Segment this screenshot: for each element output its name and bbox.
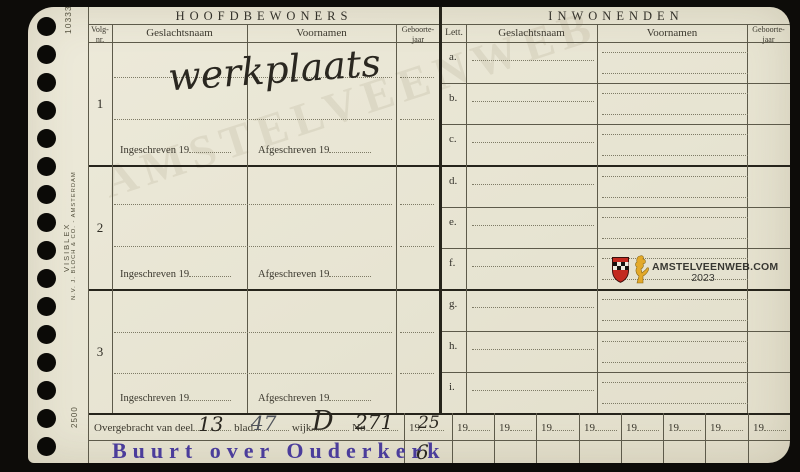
blad-value: 47 [251,411,276,435]
year-cell: 19 [705,413,748,440]
lett-value: i. [449,381,455,393]
dotted-leader [189,389,231,401]
year-cell: 19 [663,413,705,440]
writing-line [602,93,748,94]
hoofdbewoner-row-3: 3 Ingeschreven 19 Afgeschreven 19 [88,291,440,413]
year-cell: 19 [748,413,790,440]
punch-hole [37,45,56,64]
writing-line [602,134,748,135]
dotted-leader [637,419,659,431]
right-section-title: INWONENDEN [442,9,790,24]
writing-line [400,119,434,120]
col-header-voornamen-left: Voornamen [247,27,396,39]
punch-hole [37,409,56,428]
punch-hole [37,185,56,204]
col-header-lett: Lett. [442,28,466,38]
afgeschreven-text: Afgeschreven 19 [258,269,329,280]
year-prefix: 19 [668,422,679,434]
writing-line [602,362,748,363]
inwonende-row-e: e. [442,207,790,248]
year-cell: 19 [494,413,536,440]
writing-line [114,204,392,205]
ingeschreven-text: Ingeschreven 19 [120,269,189,280]
year-prefix: 19 [584,422,595,434]
inwonende-row-a: a. [442,42,790,83]
ingeschreven-label: Ingeschreven 19 [120,389,231,404]
watermark-year-text: 2023 [652,272,754,284]
overgebracht-row: Overgebracht van deel blad wijk No. [94,419,398,434]
punch-hole [37,129,56,148]
inwonende-row-c: c. [442,124,790,165]
dotted-leader [329,265,371,277]
writing-line [602,155,748,156]
dotted-leader [721,419,743,431]
year-prefix: 19 [753,422,764,434]
ingeschreven-label: Ingeschreven 19 [120,265,231,280]
afgeschreven-label: Afgeschreven 19 [258,141,371,156]
dotted-leader [510,419,532,431]
year-cell: 19 [579,413,621,440]
writing-line [602,73,748,74]
writing-line [472,225,594,226]
hoofdbewoner-row-2: 2 Ingeschreven 19 Afgeschreven 19 [88,167,440,289]
lett-value: a. [449,51,457,63]
print-code-vertical: 2500 [70,406,79,428]
year-cell: 19 [452,413,494,440]
volgnr-value: 3 [88,344,112,360]
punch-hole [37,101,56,120]
dotted-leader [764,419,786,431]
writing-line [602,341,748,342]
dotted-leader [329,141,371,153]
afgeschreven-label: Afgeschreven 19 [258,389,371,404]
afgeschreven-text: Afgeschreven 19 [258,145,329,156]
scanned-register-card: AMSTELVEENWEB HOOFDBEWONERS INWONENDEN V… [0,0,800,472]
maker-name-vertical: VISIBLEX [62,223,71,272]
deel-value: 13 [198,412,223,436]
dotted-leader [552,419,574,431]
writing-line [602,320,748,321]
punch-hole [37,73,56,92]
no-value: 271 [355,410,393,434]
inwonende-row-i: i. [442,372,790,413]
year-prefix: 19 [499,422,510,434]
volgnr-value: 2 [88,220,112,236]
writing-line [114,373,392,374]
lett-value: c. [449,133,457,145]
wijk-value: D [312,406,334,437]
year-prefix: 19 [710,422,721,434]
writing-line [472,390,594,391]
writing-line [602,299,748,300]
inwonende-row-d: d. [442,166,790,207]
dotted-leader [189,141,231,153]
lett-value: g. [449,298,457,310]
writing-line [602,403,748,404]
writing-line [602,217,748,218]
maker-address-vertical: N.V. J. BLOCH & CO. - AMSTERDAM [71,171,77,300]
writing-line [400,332,434,333]
year-prefix: 19 [541,422,552,434]
dotted-leader [329,389,371,401]
col-header-geboortejaar-right-line1: Geboorte- [752,25,784,34]
punch-hole [37,325,56,344]
year-prefix: 19 [457,422,468,434]
writing-line [114,246,392,247]
lion-icon [631,253,649,285]
wijk-label: wijk [292,422,312,434]
writing-line [400,77,434,78]
writing-line [472,266,594,267]
punch-hole [37,17,56,36]
ingeschreven-label: Ingeschreven 19 [120,141,231,156]
writing-line [472,60,594,61]
col-header-geboortejaar-left-line1: Geboorte- [402,25,434,34]
col-header-geslachtsnaam-left: Geslachtsnaam [112,27,247,39]
writing-line [472,184,594,185]
col-header-geslachtsnaam-right: Geslachtsnaam [466,27,597,39]
writing-line [472,349,594,350]
year-prefix: 19 [626,422,637,434]
writing-line [400,204,434,205]
writing-line [400,373,434,374]
lett-value: e. [449,216,457,228]
punch-hole [37,213,56,232]
shield-icon [612,257,629,283]
district-stamp: Buurt over Ouderkerk [112,438,404,464]
dotted-leader [595,419,617,431]
lett-value: h. [449,340,457,352]
writing-line [400,246,434,247]
first-year-value: 25 [418,413,440,433]
lett-value: b. [449,92,457,104]
punch-hole [37,437,56,456]
writing-line [602,197,748,198]
site-watermark: AMSTELVEENWEB.COM 2023 [606,253,756,287]
writing-line [114,332,392,333]
year-cell: 19 [621,413,663,440]
punch-hole [37,297,56,316]
dotted-leader [679,419,701,431]
punch-hole [37,269,56,288]
punch-hole [37,381,56,400]
inwonende-row-b: b. [442,83,790,124]
card-number-vertical: 10333 [63,5,73,34]
punch-hole [37,157,56,176]
writing-line [602,176,748,177]
dotted-leader [189,265,231,277]
punch-hole [37,241,56,260]
col-header-volgnr-line1: Volg- [91,25,109,34]
year-cell: 19 [536,413,579,440]
writing-line [602,238,748,239]
inwonende-row-h: h. [442,331,790,372]
writing-line [602,114,748,115]
writing-line [472,142,594,143]
lett-value: d. [449,175,457,187]
writing-line [114,119,392,120]
writing-line [472,307,594,308]
left-section-title: HOOFDBEWONERS [88,9,440,24]
volgnr-value: 1 [88,96,112,112]
writing-line [602,52,748,53]
writing-line [472,101,594,102]
punch-hole [37,353,56,372]
col-header-voornamen-right: Voornamen [597,27,747,39]
lett-value: f. [449,257,455,269]
inwonende-row-g: g. [442,289,790,330]
ingeschreven-text: Ingeschreven 19 [120,393,189,404]
overgebracht-label: Overgebracht van deel [94,422,193,434]
ingeschreven-text: Ingeschreven 19 [120,145,189,156]
writing-line [602,382,748,383]
afgeschreven-text: Afgeschreven 19 [258,393,329,404]
afgeschreven-label: Afgeschreven 19 [258,265,371,280]
dotted-leader [468,419,490,431]
